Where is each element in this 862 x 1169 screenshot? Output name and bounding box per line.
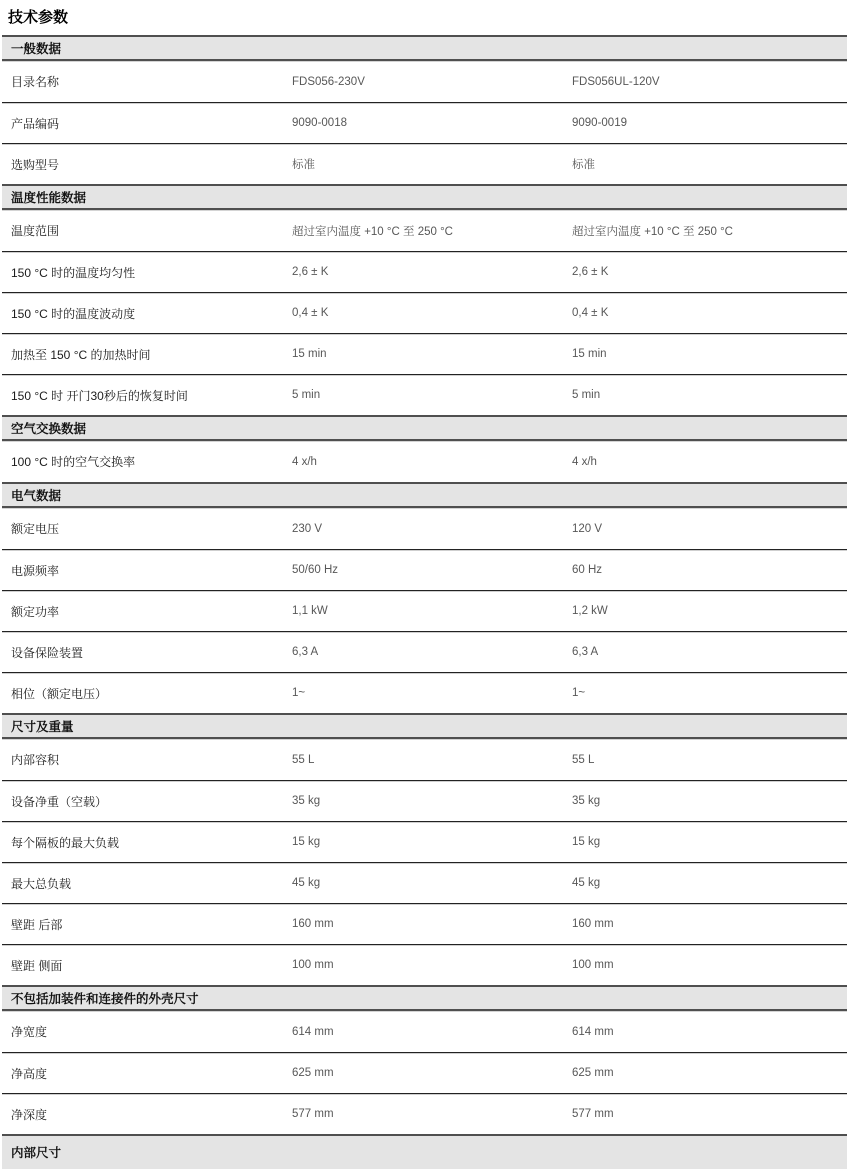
row-label: 壁距 后部 bbox=[2, 916, 283, 933]
row-label: 选购型号 bbox=[2, 156, 283, 173]
row-label: 内部容积 bbox=[2, 751, 283, 768]
row-value-model1: 1~ bbox=[283, 687, 563, 699]
row-value-model1: 160 mm bbox=[283, 918, 563, 930]
row-value-model2: 100 mm bbox=[563, 959, 843, 971]
row-value-model2: 15 min bbox=[563, 348, 843, 360]
row-value-model2: 160 mm bbox=[563, 918, 843, 930]
row-value-model1: 230 V bbox=[283, 523, 563, 535]
section-heading-internal-dimensions: 内部尺寸 bbox=[2, 1134, 847, 1169]
row-value-model2: 120 V bbox=[563, 523, 843, 535]
row-value-model1: 6,3 A bbox=[283, 646, 563, 658]
table-row: 150 °C 时的温度均匀性 2,6 ± K 2,6 ± K bbox=[2, 251, 847, 292]
row-label: 最大总负载 bbox=[2, 875, 283, 892]
row-label: 额定电压 bbox=[2, 520, 283, 537]
row-value-model1: 50/60 Hz bbox=[283, 564, 563, 576]
row-value-model1: 35 kg bbox=[283, 795, 563, 807]
table-row: 净宽度 614 mm 614 mm bbox=[2, 1011, 847, 1052]
row-value-model1: 9090-0018 bbox=[283, 117, 563, 129]
table-row: 相位（额定电压） 1~ 1~ bbox=[2, 672, 847, 713]
row-value-model1: 15 min bbox=[283, 348, 563, 360]
row-value-model1: 4 x/h bbox=[283, 456, 563, 468]
row-label: 净深度 bbox=[2, 1106, 283, 1123]
row-label: 相位（额定电压） bbox=[2, 685, 283, 702]
row-value-model2: 60 Hz bbox=[563, 564, 843, 576]
row-value-model1: 1,1 kW bbox=[283, 605, 563, 617]
row-value-model2: 577 mm bbox=[563, 1108, 843, 1120]
spec-table: 一般数据 目录名称 FDS056-230V FDS056UL-120V 产品编码… bbox=[2, 35, 847, 1169]
row-value-model1: 577 mm bbox=[283, 1108, 563, 1120]
spec-sheet-page: 技术参数 一般数据 目录名称 FDS056-230V FDS056UL-120V… bbox=[0, 0, 862, 1169]
row-value-model2: 9090-0019 bbox=[563, 117, 843, 129]
table-row: 壁距 侧面 100 mm 100 mm bbox=[2, 944, 847, 985]
row-value-model1: FDS056-230V bbox=[283, 76, 563, 88]
row-value-model2: 1,2 kW bbox=[563, 605, 843, 617]
row-value-model2: 625 mm bbox=[563, 1067, 843, 1079]
row-value-model1: 2,6 ± K bbox=[283, 266, 563, 278]
row-label: 目录名称 bbox=[2, 73, 283, 90]
row-value-model2: 45 kg bbox=[563, 877, 843, 889]
row-label: 每个隔板的最大负载 bbox=[2, 834, 283, 851]
row-label: 净高度 bbox=[2, 1065, 283, 1082]
table-row: 每个隔板的最大负载 15 kg 15 kg bbox=[2, 821, 847, 862]
table-row: 设备净重（空载） 35 kg 35 kg bbox=[2, 780, 847, 821]
row-value-model2: 2,6 ± K bbox=[563, 266, 843, 278]
row-value-model2: 614 mm bbox=[563, 1026, 843, 1038]
row-value-model2: FDS056UL-120V bbox=[563, 76, 843, 88]
table-row: 净深度 577 mm 577 mm bbox=[2, 1093, 847, 1134]
table-row: 产品编码 9090-0018 9090-0019 bbox=[2, 102, 847, 143]
row-value-model1: 5 min bbox=[283, 389, 563, 401]
row-label: 100 °C 时的空气交换率 bbox=[2, 453, 283, 470]
row-label: 净宽度 bbox=[2, 1023, 283, 1040]
row-value-model1: 45 kg bbox=[283, 877, 563, 889]
row-value-model2: 55 L bbox=[563, 754, 843, 766]
table-row: 电源频率 50/60 Hz 60 Hz bbox=[2, 549, 847, 590]
section-heading-general-data: 一般数据 bbox=[2, 35, 847, 61]
row-label: 设备净重（空载） bbox=[2, 793, 283, 810]
table-row: 加热至 150 °C 的加热时间 15 min 15 min bbox=[2, 333, 847, 374]
row-label: 壁距 侧面 bbox=[2, 957, 283, 974]
row-value-model2: 1~ bbox=[563, 687, 843, 699]
table-row: 150 °C 时 开门30秒后的恢复时间 5 min 5 min bbox=[2, 374, 847, 415]
row-value-model2: 4 x/h bbox=[563, 456, 843, 468]
table-row: 目录名称 FDS056-230V FDS056UL-120V bbox=[2, 61, 847, 102]
row-value-model2: 15 kg bbox=[563, 836, 843, 848]
table-row: 额定功率 1,1 kW 1,2 kW bbox=[2, 590, 847, 631]
table-row: 温度范围 超过室内温度 +10 °C 至 250 °C 超过室内温度 +10 °… bbox=[2, 210, 847, 251]
row-label: 150 °C 时 开门30秒后的恢复时间 bbox=[2, 387, 283, 404]
row-value-model1: 0,4 ± K bbox=[283, 307, 563, 319]
section-heading-air-exchange-data: 空气交换数据 bbox=[2, 415, 847, 441]
row-value-model1: 15 kg bbox=[283, 836, 563, 848]
section-heading-electrical-data: 电气数据 bbox=[2, 482, 847, 508]
section-heading-dimensions-weight: 尺寸及重量 bbox=[2, 713, 847, 739]
row-value-model2: 标准 bbox=[563, 156, 843, 172]
table-row: 内部容积 55 L 55 L bbox=[2, 739, 847, 780]
row-label: 150 °C 时的温度波动度 bbox=[2, 305, 283, 322]
table-row: 额定电压 230 V 120 V bbox=[2, 508, 847, 549]
row-label: 温度范围 bbox=[2, 222, 283, 239]
table-row: 最大总负载 45 kg 45 kg bbox=[2, 862, 847, 903]
row-value-model1: 55 L bbox=[283, 754, 563, 766]
section-heading-temperature-data: 温度性能数据 bbox=[2, 184, 847, 210]
row-value-model2: 35 kg bbox=[563, 795, 843, 807]
table-row: 150 °C 时的温度波动度 0,4 ± K 0,4 ± K bbox=[2, 292, 847, 333]
row-value-model1: 标准 bbox=[283, 156, 563, 172]
table-row: 净高度 625 mm 625 mm bbox=[2, 1052, 847, 1093]
table-row: 100 °C 时的空气交换率 4 x/h 4 x/h bbox=[2, 441, 847, 482]
row-label: 产品编码 bbox=[2, 115, 283, 132]
row-value-model1: 超过室内温度 +10 °C 至 250 °C bbox=[283, 223, 563, 239]
row-value-model2: 5 min bbox=[563, 389, 843, 401]
table-row: 设备保险装置 6,3 A 6,3 A bbox=[2, 631, 847, 672]
table-row: 壁距 后部 160 mm 160 mm bbox=[2, 903, 847, 944]
table-row: 选购型号 标准 标准 bbox=[2, 143, 847, 184]
row-value-model1: 614 mm bbox=[283, 1026, 563, 1038]
section-heading-housing-dimensions: 不包括加装件和连接件的外壳尺寸 bbox=[2, 985, 847, 1011]
row-label: 加热至 150 °C 的加热时间 bbox=[2, 346, 283, 363]
page-title: 技术参数 bbox=[8, 9, 862, 35]
row-value-model2: 超过室内温度 +10 °C 至 250 °C bbox=[563, 223, 843, 239]
row-label: 额定功率 bbox=[2, 603, 283, 620]
row-value-model1: 625 mm bbox=[283, 1067, 563, 1079]
row-label: 设备保险装置 bbox=[2, 644, 283, 661]
row-value-model2: 6,3 A bbox=[563, 646, 843, 658]
row-label: 150 °C 时的温度均匀性 bbox=[2, 264, 283, 281]
row-value-model1: 100 mm bbox=[283, 959, 563, 971]
row-label: 电源频率 bbox=[2, 562, 283, 579]
row-value-model2: 0,4 ± K bbox=[563, 307, 843, 319]
